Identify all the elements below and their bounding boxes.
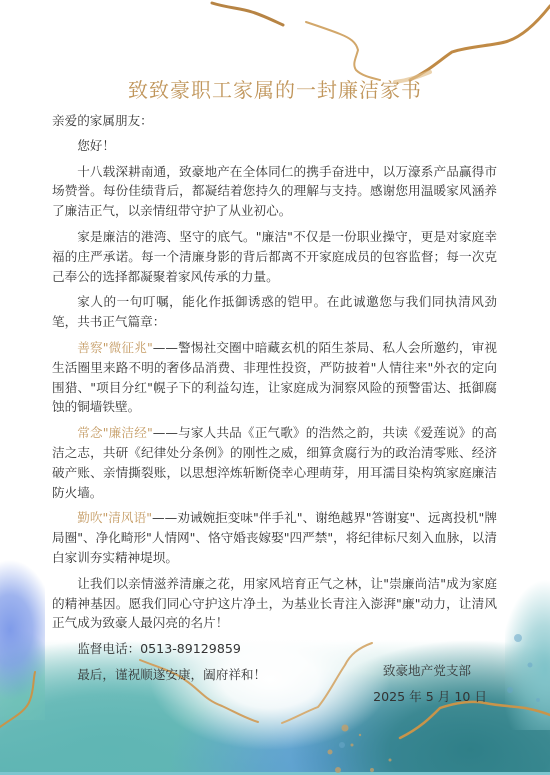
paragraph-text: 十八载深耕南通，致豪地产在全体同仁的携手奋进中，以万濠系产品赢得市场赞誉。每份佳…	[52, 164, 497, 219]
paragraph-observe-signs: 善察"微征兆"——警惕社交圈中暗藏玄机的陌生茶局、私人会所邀约，审视生活圈里来路…	[52, 338, 497, 417]
greeting: 您好！	[52, 136, 497, 156]
watercolor-background-right	[505, 560, 550, 730]
highlight-label: 常念"廉洁经"	[77, 425, 153, 440]
signature: 致豪地产党支部	[271, 660, 471, 679]
salutation: 亲爱的家属朋友：	[52, 111, 497, 131]
hotline: 监督电话：0513-89129859	[52, 639, 497, 659]
paragraph-conclusion: 让我们以亲情滋养清廉之花，用家风培育正气之林，让"崇廉尚洁"成为家庭的精神基因。…	[52, 574, 497, 633]
paragraph-clean-wind: 勤吹"清风语"——劝诫婉拒变味"伴手礼"、谢绝越界"答谢宴"、远离投机"牌局圈"…	[52, 508, 497, 567]
letter-page: 致致豪职工家属的一封廉洁家书 亲爱的家属朋友： 您好！ 十八载深耕南通，致豪地产…	[0, 0, 550, 775]
letter-body: 亲爱的家属朋友： 您好！ 十八载深耕南通，致豪地产在全体同仁的携手奋进中，以万濠…	[52, 111, 497, 691]
date: 2025 年 5 月 10 日	[287, 686, 487, 705]
highlight-label: 勤吹"清风语"	[77, 510, 152, 525]
paragraph-text: 让我们以亲情滋养清廉之花，用家风培育正气之林，让"崇廉尚洁"成为家庭的精神基因。…	[52, 576, 497, 631]
letter-title: 致致豪职工家属的一封廉洁家书	[0, 74, 550, 103]
highlight-label: 善察"微征兆"	[77, 340, 153, 355]
paragraph-family: 家是廉洁的港湾、坚守的底气。"廉洁"不仅是一份职业操守，更是对家庭幸福的庄严承诺…	[52, 227, 497, 286]
watercolor-background-left	[0, 540, 45, 720]
paragraph-integrity-classics: 常念"廉洁经"——与家人共品《正气歌》的浩然之韵，共读《爱莲说》的高洁之志，共研…	[52, 423, 497, 502]
paragraph-text: 家是廉洁的港湾、坚守的底气。"廉洁"不仅是一份职业操守，更是对家庭幸福的庄严承诺…	[52, 229, 497, 284]
paragraph-invitation: 家人的一句叮嘱，能化作抵御诱惑的铠甲。在此诚邀您与我们同执清风劲笔，共书正气篇章…	[52, 292, 497, 332]
paragraph-text: 家人的一句叮嘱，能化作抵御诱惑的铠甲。在此诚邀您与我们同执清风劲笔，共书正气篇章…	[52, 294, 497, 329]
paragraph-intro: 十八载深耕南通，致豪地产在全体同仁的携手奋进中，以万濠系产品赢得市场赞誉。每份佳…	[52, 162, 497, 221]
